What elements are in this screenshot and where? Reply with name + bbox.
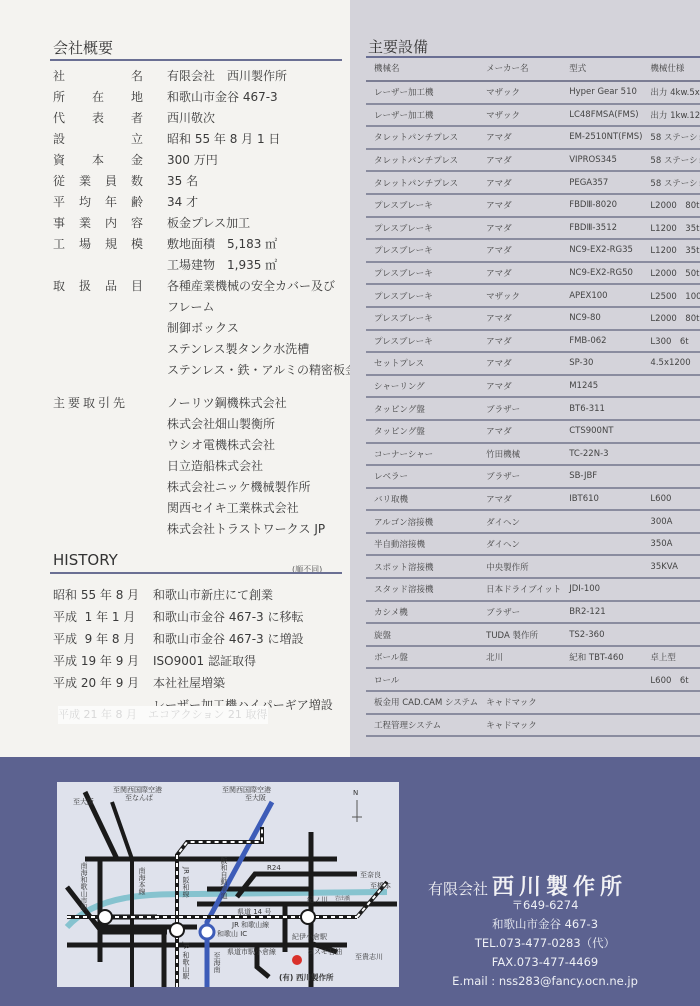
profile-row: フレーム <box>53 297 357 318</box>
profile-row: 設立昭和 55 年 8 月 1 日 <box>53 129 357 150</box>
map-label-hanwa-expressway: 阪和自動車道 <box>219 857 229 899</box>
profile-key: 資本金 <box>53 150 143 171</box>
equipment-table: 機械名メーカー名型式機械仕様台数 レーザー加工機マザックHyper Gear 5… <box>366 56 700 737</box>
profile-value: 昭和 55 年 8 月 1 日 <box>167 129 280 150</box>
profile-key-char: 品 <box>105 276 117 297</box>
equipment-cell <box>642 714 700 737</box>
profile-key-char: 模 <box>131 234 143 255</box>
equipment-cell: ボール盤 <box>366 646 478 669</box>
equipment-title: 主要設備 <box>368 36 428 57</box>
equipment-row: プレスブレーキアマダFBDⅢ-3512L1200 35t1 <box>366 217 700 240</box>
history-event: ISO9001 認証取得 <box>153 650 256 672</box>
map-label-kinokawa: 紀ノ川 <box>307 895 328 905</box>
equipment-cell: JDI-100 <box>561 578 642 601</box>
equipment-cell: レーザー加工機 <box>366 104 478 127</box>
equipment-cell <box>642 623 700 646</box>
profile-key-char: 均 <box>79 192 91 213</box>
equipment-cell: 中央製作所 <box>478 555 561 578</box>
history-event: 本社社屋増築 <box>153 672 225 694</box>
equipment-row: アルゴン溶接機ダイヘン300A6 <box>366 510 700 533</box>
company-profile-panel: 会社概要 社名有限会社 西川製作所所在地和歌山市金谷 467-3代表者西川敬次設… <box>0 0 350 757</box>
equipment-cell <box>642 420 700 443</box>
profile-value: 制御ボックス <box>167 318 239 339</box>
history-title: HISTORY <box>53 551 118 569</box>
map-label-kii-ogura: 紀伊小倉駅 <box>292 932 327 942</box>
equipment-cell: BR2-121 <box>561 601 642 624</box>
equipment-row: プレスブレーキアマダNC9-80L2000 80t1 <box>366 307 700 330</box>
profile-row: 代表者西川敬次 <box>53 108 357 129</box>
profile-key <box>53 255 143 276</box>
equipment-cell <box>642 375 700 398</box>
equipment-row: プレスブレーキアマダNC9-EX2-RG35L1200 35t2 <box>366 239 700 262</box>
profile-key: 設立 <box>53 129 143 150</box>
equipment-row: レーザー加工機マザックLC48FMSA(FMS)出力 1kw.1200x2400… <box>366 104 700 127</box>
equipment-column-header: メーカー名 <box>478 56 561 81</box>
equipment-cell: L1200 35t <box>642 239 700 262</box>
client-item: 関西セイキ工業株式会社 <box>167 498 325 519</box>
clients-block: 主要取引先 ノーリツ鋼機株式会社株式会社畑山製衡所ウシオ電機株式会社日立造船株式… <box>53 393 325 414</box>
equipment-cell <box>561 714 642 737</box>
equipment-row: タッピング盤アマダCTS900NT1 <box>366 420 700 443</box>
profile-key-char: 業 <box>79 213 91 234</box>
history-title-rule <box>50 572 342 574</box>
profile-key-char: 目 <box>131 276 143 297</box>
equipment-cell: プレスブレーキ <box>366 307 478 330</box>
equipment-cell <box>642 465 700 488</box>
equipment-cell: 紀和 TBT-460 <box>561 646 642 669</box>
map-label-wakayama-ic: 和歌山 IC <box>217 929 247 939</box>
equipment-cell <box>561 510 642 533</box>
map-label-nankai-wakayamashi: 南海和歌山市駅 <box>79 862 89 911</box>
equipment-cell: バリ取機 <box>366 488 478 511</box>
equipment-cell <box>561 668 642 691</box>
map-label-to-osaka: 至大阪 <box>73 797 94 807</box>
profile-key-char: 所 <box>53 87 65 108</box>
profile-title-rule <box>50 59 342 61</box>
map-label-to-kainan: 至海南 <box>212 952 222 973</box>
equipment-cell: アルゴン溶接機 <box>366 510 478 533</box>
profile-value: 各種産業機械の安全カバー及び <box>167 276 335 297</box>
profile-row: 社名有限会社 西川製作所 <box>53 66 357 87</box>
profile-key <box>53 318 143 339</box>
equipment-cell: NC9-EX2-RG35 <box>561 239 642 262</box>
equipment-cell <box>561 533 642 556</box>
profile-key: 工場規模 <box>53 234 143 255</box>
profile-key-char: 資 <box>53 150 65 171</box>
equipment-body: レーザー加工機マザックHyper Gear 510出力 4kw.5x10 リニア… <box>366 81 700 736</box>
equipment-row: ロールL600 6t1 <box>366 668 700 691</box>
profile-row: ステンレス・鉄・アルミの精密板金 <box>53 360 357 381</box>
equipment-column-header: 機械仕様 <box>642 56 700 81</box>
equipment-cell: マザック <box>478 284 561 307</box>
profile-value: ステンレス・鉄・アルミの精密板金 <box>167 360 357 381</box>
equipment-cell <box>561 691 642 714</box>
equipment-cell: FBDⅢ-3512 <box>561 217 642 240</box>
client-item: ウシオ電機株式会社 <box>167 435 325 456</box>
profile-value: 工場建物 1,935 ㎡ <box>167 255 277 276</box>
equipment-cell: 北川 <box>478 646 561 669</box>
equipment-cell: アマダ <box>478 194 561 217</box>
equipment-cell: SB-JBF <box>561 465 642 488</box>
equipment-row: レーザー加工機マザックHyper Gear 510出力 4kw.5x10 リニア… <box>366 81 700 104</box>
equipment-cell <box>561 555 642 578</box>
fax: FAX.073-477-4469 <box>410 953 680 972</box>
equipment-row: セットプレスアマダSP-304.5x12001 <box>366 352 700 375</box>
equipment-cell: 旋盤 <box>366 623 478 646</box>
equipment-row: シャーリングアマダM12451 <box>366 375 700 398</box>
profile-key-char: 社 <box>53 66 65 87</box>
email[interactable]: E.mail : nss283@fancy.ocn.ne.jp <box>410 972 680 991</box>
profile-key-char: 設 <box>53 129 65 150</box>
history-date: 昭和 55 年 8 月 <box>53 584 153 606</box>
map-label-to-kishigawa: 至貴志川 <box>355 952 383 962</box>
equipment-cell: タッピング盤 <box>366 397 478 420</box>
equipment-cell: タレットパンチプレス <box>366 126 478 149</box>
equipment-row: プレスブレーキアマダFBDⅢ-8020L2000 80t1 <box>366 194 700 217</box>
equipment-header-row: 機械名メーカー名型式機械仕様台数 <box>366 56 700 81</box>
profile-value: ステンレス製タンク水洗槽 <box>167 339 309 360</box>
clients-label: 主要取引先 <box>53 393 143 414</box>
map-north-label: N <box>353 789 358 797</box>
client-item: ノーリツ鋼機株式会社 <box>167 393 325 414</box>
equipment-row: 半自動溶接機ダイヘン350A3 <box>366 533 700 556</box>
equipment-cell: キャドマック <box>478 714 561 737</box>
history-row: 平成 9 年 8 月和歌山市金谷 467-3 に増設 <box>53 628 333 650</box>
equipment-column-header: 型式 <box>561 56 642 81</box>
profile-value: 34 才 <box>167 192 198 213</box>
equipment-cell: プレスブレーキ <box>366 217 478 240</box>
profile-key <box>53 297 143 318</box>
tel: TEL.073-477-0283（代） <box>410 934 680 953</box>
map-label-pref14: 県道 14 号 <box>237 907 271 917</box>
equipment-cell: 工程管理システム <box>366 714 478 737</box>
profile-row: 従業員数35 名 <box>53 171 357 192</box>
client-item: 株式会社トラストワークス JP <box>167 519 325 540</box>
equipment-cell: L2500 100t <box>642 284 700 307</box>
profile-key-char: 年 <box>105 192 117 213</box>
equipment-cell: カシメ機 <box>366 601 478 624</box>
history-row: 平成 19 年 9 月ISO9001 認証取得 <box>53 650 333 672</box>
equipment-cell: アマダ <box>478 262 561 285</box>
history-date: 平成 20 年 9 月 <box>53 672 153 694</box>
equipment-cell: L2000 80t <box>642 307 700 330</box>
equipment-cell: アマダ <box>478 217 561 240</box>
client-item: 株式会社ニッケ機械製作所 <box>167 477 325 498</box>
map-label-bridge: 岩出橋 <box>335 895 350 902</box>
equipment-cell: アマダ <box>478 352 561 375</box>
equipment-cell: APEX100 <box>561 284 642 307</box>
profile-key: 従業員数 <box>53 171 143 192</box>
equipment-cell: マザック <box>478 81 561 104</box>
equipment-cell: PEGA357 <box>561 171 642 194</box>
profile-key-char: 従 <box>53 171 65 192</box>
history-row: 平成 20 年 9 月本社社屋増築 <box>53 672 333 694</box>
profile-key <box>53 339 143 360</box>
equipment-row: カシメ機ブラザーBR2-1211 <box>366 601 700 624</box>
profile-key-char: 工 <box>53 234 65 255</box>
profile-key <box>53 360 143 381</box>
client-item: 日立造船株式会社 <box>167 456 325 477</box>
equipment-cell: 半自動溶接機 <box>366 533 478 556</box>
equipment-cell: CTS900NT <box>561 420 642 443</box>
profile-key-char: 内 <box>105 213 117 234</box>
equipment-cell <box>642 397 700 420</box>
equipment-cell: SP-30 <box>561 352 642 375</box>
equipment-cell: アマダ <box>478 375 561 398</box>
equipment-cell: Hyper Gear 510 <box>561 81 642 104</box>
map-destination-label: (有) 西川製作所 <box>279 972 333 983</box>
equipment-cell: 出力 1kw.1200x2400 <box>642 104 700 127</box>
address: 和歌山市金谷 467-3 <box>410 915 680 934</box>
equipment-row: コーナーシャー竹田機械TC-22N-31 <box>366 443 700 466</box>
equipment-cell: EM-2510NT(FMS) <box>561 126 642 149</box>
equipment-cell: キャドマック <box>478 691 561 714</box>
equipment-row: プレスブレーキアマダFMB-062L300 6t1 <box>366 330 700 353</box>
profile-row: 取扱品目各種産業機械の安全カバー及び <box>53 276 357 297</box>
equipment-cell: L1200 35t <box>642 217 700 240</box>
equipment-cell: 板金用 CAD.CAM システム <box>366 691 478 714</box>
equipment-cell: プレスブレーキ <box>366 284 478 307</box>
postal-code: 〒649-6274 <box>410 896 680 915</box>
equipment-row: タレットパンチプレスアマダEM-2510NT(FMS)58 ステーション 20t… <box>366 126 700 149</box>
equipment-row: レベラーブラザーSB-JBF1 <box>366 465 700 488</box>
equipment-cell: FMB-062 <box>561 330 642 353</box>
contact-block: 〒649-6274 和歌山市金谷 467-3 TEL.073-477-0283（… <box>410 896 680 991</box>
history-faded-line: 平成 21 年 8 月 エコアクション 21 取得 <box>58 706 268 724</box>
equipment-column-header: 機械名 <box>366 56 478 81</box>
map-label-to-nara: 至奈良 <box>360 870 381 880</box>
equipment-cell: プレスブレーキ <box>366 239 478 262</box>
equipment-cell: タレットパンチプレス <box>366 149 478 172</box>
equipment-row: 工程管理システムキャドマック1 <box>366 714 700 737</box>
equipment-cell: アマダ <box>478 126 561 149</box>
map-label-nankai-line: 南海本線 <box>137 867 147 895</box>
profile-value: 300 万円 <box>167 150 218 171</box>
equipment-cell <box>642 601 700 624</box>
equipment-cell: FBDⅢ-8020 <box>561 194 642 217</box>
equipment-cell <box>642 443 700 466</box>
profile-key: 事業内容 <box>53 213 143 234</box>
equipment-row: バリ取機アマダIBT610L6001 <box>366 488 700 511</box>
equipment-cell: TS2-360 <box>561 623 642 646</box>
access-map: 至大阪 至関西国際空港 至なんば 至関西国際空港 至大阪 N R24 至奈良 至… <box>57 782 399 987</box>
equipment-cell: 58 ステーション 30t <box>642 149 700 172</box>
client-item: 株式会社畑山製衡所 <box>167 414 325 435</box>
equipment-cell: 4.5x1200 <box>642 352 700 375</box>
equipment-row: 旋盤TUDA 製作所TS2-3601 <box>366 623 700 646</box>
profile-title: 会社概要 <box>53 37 113 58</box>
equipment-cell <box>478 668 561 691</box>
equipment-cell: アマダ <box>478 149 561 172</box>
equipment-cell: ダイヘン <box>478 533 561 556</box>
profile-row: 資本金300 万円 <box>53 150 357 171</box>
equipment-cell <box>642 578 700 601</box>
history-date: 平成 9 年 8 月 <box>53 628 153 650</box>
history-row: 平成 1 年 1 月和歌山市金谷 467-3 に移転 <box>53 606 333 628</box>
profile-row: 工場建物 1,935 ㎡ <box>53 255 357 276</box>
history-event: 和歌山市金谷 467-3 に増設 <box>153 628 304 650</box>
equipment-cell: L600 <box>642 488 700 511</box>
profile-key-char: 名 <box>131 66 143 87</box>
equipment-cell: BT6-311 <box>561 397 642 420</box>
equipment-row: タレットパンチプレスアマダVIPROS34558 ステーション 30t1 <box>366 149 700 172</box>
map-label-to-osaka-2: 至大阪 <box>245 793 266 803</box>
equipment-cell: ブラザー <box>478 397 561 420</box>
map-label-to-hashimoto: 至橋本 <box>370 881 391 891</box>
equipment-cell: 58 ステーション 30t <box>642 171 700 194</box>
history-event: 和歌山市新庄にて創業 <box>153 584 273 606</box>
equipment-cell: TC-22N-3 <box>561 443 642 466</box>
equipment-row: 板金用 CAD.CAM システムキャドマック5 <box>366 691 700 714</box>
equipment-cell: L300 6t <box>642 330 700 353</box>
equipment-cell: アマダ <box>478 239 561 262</box>
equipment-cell: セットプレス <box>366 352 478 375</box>
history-list: 昭和 55 年 8 月和歌山市新庄にて創業平成 1 年 1 月和歌山市金谷 46… <box>53 584 333 716</box>
map-label-cosmo: コスモ石油 <box>307 947 342 957</box>
profile-key: 社名 <box>53 66 143 87</box>
profile-key-char: 者 <box>131 108 143 129</box>
map-label-jr-wakayama-st: JR 和歌山駅 <box>181 942 191 979</box>
profile-key-char: 容 <box>131 213 143 234</box>
equipment-cell: NC9-80 <box>561 307 642 330</box>
profile-key-char: 地 <box>131 87 143 108</box>
equipment-cell: タッピング盤 <box>366 420 478 443</box>
map-label-to-namba: 至なんば <box>125 793 153 803</box>
equipment-cell: プレスブレーキ <box>366 194 478 217</box>
equipment-cell: VIPROS345 <box>561 149 642 172</box>
profile-value: 35 名 <box>167 171 198 192</box>
equipment-row: プレスブレーキマザックAPEX100L2500 100t1 <box>366 284 700 307</box>
equipment-cell: ロール <box>366 668 478 691</box>
equipment-row: スタッド溶接機日本ドライブイットJDI-1002 <box>366 578 700 601</box>
profile-value: 板金プレス加工 <box>167 213 250 234</box>
equipment-cell: IBT610 <box>561 488 642 511</box>
profile-value: 敷地面積 5,183 ㎡ <box>167 234 277 255</box>
equipment-cell: M1245 <box>561 375 642 398</box>
profile-value: 和歌山市金谷 467-3 <box>167 87 278 108</box>
profile-key-char: 規 <box>105 234 117 255</box>
equipment-cell: L2000 50t <box>642 262 700 285</box>
equipment-cell: アマダ <box>478 171 561 194</box>
equipment-cell: コーナーシャー <box>366 443 478 466</box>
equipment-cell: アマダ <box>478 307 561 330</box>
profile-table: 社名有限会社 西川製作所所在地和歌山市金谷 467-3代表者西川敬次設立昭和 5… <box>53 66 357 381</box>
profile-value: フレーム <box>167 297 215 318</box>
profile-key: 平均年齢 <box>53 192 143 213</box>
equipment-cell: プレスブレーキ <box>366 262 478 285</box>
profile-row: 事業内容板金プレス加工 <box>53 213 357 234</box>
profile-key: 所在地 <box>53 87 143 108</box>
map-label-r24: R24 <box>267 864 281 872</box>
profile-value: 有限会社 西川製作所 <box>167 66 287 87</box>
profile-key-char: 齢 <box>131 192 143 213</box>
equipment-cell: アマダ <box>478 488 561 511</box>
clients-list: ノーリツ鋼機株式会社株式会社畑山製衡所ウシオ電機株式会社日立造船株式会社株式会社… <box>167 393 325 414</box>
profile-row: 所在地和歌山市金谷 467-3 <box>53 87 357 108</box>
equipment-cell: タレットパンチプレス <box>366 171 478 194</box>
equipment-cell: NC9-EX2-RG50 <box>561 262 642 285</box>
profile-key-char: 扱 <box>79 276 91 297</box>
history-date: 平成 19 年 9 月 <box>53 650 153 672</box>
equipment-cell: 竹田機械 <box>478 443 561 466</box>
equipment-cell: LC48FMSA(FMS) <box>561 104 642 127</box>
profile-key-char: 場 <box>79 234 91 255</box>
equipment-cell: マザック <box>478 104 561 127</box>
profile-key-char: 立 <box>131 129 143 150</box>
equipment-cell <box>642 691 700 714</box>
profile-row: 工場規模敷地面積 5,183 ㎡ <box>53 234 357 255</box>
equipment-cell: 350A <box>642 533 700 556</box>
equipment-row: プレスブレーキアマダNC9-EX2-RG50L2000 50t1 <box>366 262 700 285</box>
map-label-jr-hanwa: JR 阪和線 <box>181 867 191 897</box>
equipment-cell: スポット溶接機 <box>366 555 478 578</box>
history-event: 和歌山市金谷 467-3 に移転 <box>153 606 304 628</box>
profile-key-char: 数 <box>131 171 143 192</box>
profile-key-char: 事 <box>53 213 65 234</box>
equipment-cell: ブラザー <box>478 465 561 488</box>
equipment-cell: L600 6t <box>642 668 700 691</box>
map-label-pref-ogura: 県道市駅小倉線 <box>227 947 276 957</box>
profile-key-char: 金 <box>131 150 143 171</box>
profile-key: 取扱品目 <box>53 276 143 297</box>
profile-value: 西川敬次 <box>167 108 215 129</box>
equipment-cell: ダイヘン <box>478 510 561 533</box>
equipment-cell: 300A <box>642 510 700 533</box>
equipment-cell: シャーリング <box>366 375 478 398</box>
equipment-cell: アマダ <box>478 330 561 353</box>
profile-key-char: 平 <box>53 192 65 213</box>
equipment-cell: 出力 4kw.5x10 リニアドライブ <box>642 81 700 104</box>
history-row: 昭和 55 年 8 月和歌山市新庄にて創業 <box>53 584 333 606</box>
profile-key-char: 表 <box>92 108 104 129</box>
equipment-cell: L2000 80t <box>642 194 700 217</box>
profile-key: 代表者 <box>53 108 143 129</box>
equipment-cell: アマダ <box>478 420 561 443</box>
profile-key-char: 員 <box>105 171 117 192</box>
profile-row: 制御ボックス <box>53 318 357 339</box>
equipment-row: スポット溶接機中央製作所35KVA4 <box>366 555 700 578</box>
equipment-cell: レベラー <box>366 465 478 488</box>
equipment-cell: レーザー加工機 <box>366 81 478 104</box>
equipment-cell: 卓上型 <box>642 646 700 669</box>
profile-key-char: 取 <box>53 276 65 297</box>
profile-key-char: 代 <box>53 108 65 129</box>
equipment-cell: スタッド溶接機 <box>366 578 478 601</box>
equipment-cell: 日本ドライブイット <box>478 578 561 601</box>
equipment-row: タレットパンチプレスアマダPEGA35758 ステーション 30t1 <box>366 171 700 194</box>
equipment-cell: プレスブレーキ <box>366 330 478 353</box>
profile-key-char: 本 <box>92 150 104 171</box>
profile-key-char: 業 <box>79 171 91 192</box>
equipment-cell: 35KVA <box>642 555 700 578</box>
equipment-row: タッピング盤ブラザーBT6-3112 <box>366 397 700 420</box>
profile-row: 平均年齢34 才 <box>53 192 357 213</box>
equipment-cell: TUDA 製作所 <box>478 623 561 646</box>
history-date: 平成 1 年 1 月 <box>53 606 153 628</box>
equipment-row: ボール盤北川紀和 TBT-460卓上型6 <box>366 646 700 669</box>
profile-row: ステンレス製タンク水洗槽 <box>53 339 357 360</box>
equipment-cell: 58 ステーション 20t <box>642 126 700 149</box>
equipment-cell: ブラザー <box>478 601 561 624</box>
profile-key-char: 在 <box>92 87 104 108</box>
